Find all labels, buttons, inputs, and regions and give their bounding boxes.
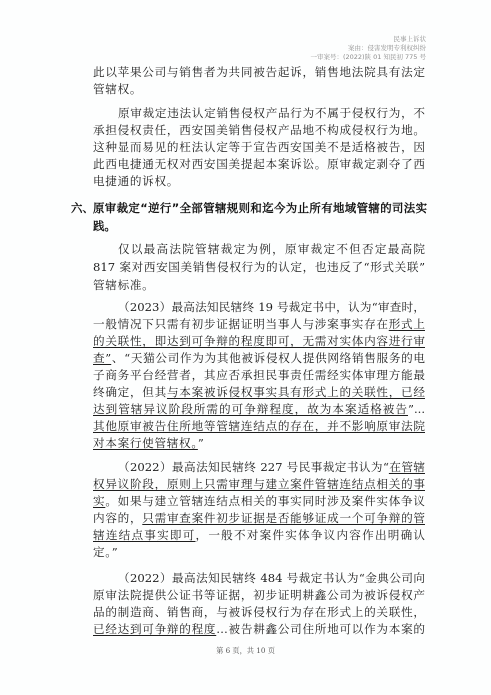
text-segment: ” [198, 436, 205, 450]
paragraph: 仅以最高法院管辖裁定为例，原审裁定不但否定最高院 817 案对西安国美销售侵权行… [93, 240, 425, 294]
underlined-quote: 在管辖 [389, 460, 425, 474]
text-line: 管辖标准。 [93, 276, 425, 294]
text-segment: 承担侵权责任，西安国美销售侵权产品地不构成侵权行为地。 [93, 123, 425, 137]
text-line: 这种显而易见的枉法认定等于宣告西安国美不是适格被告，因 [93, 139, 425, 156]
text-line: 定。” [93, 544, 425, 561]
text-line: 此以苹果公司与销售者为共同被告起诉，销售地法院具有法定 [93, 64, 425, 81]
text-segment: 原审裁定违法认定销售侵权产品行为不属于侵权行为，不 [118, 106, 425, 120]
text-segment: 817 案对西安国美销售侵权行为的认定，也违反了“形式关联” [93, 260, 425, 274]
section-heading: 六、 原审裁定“逆行”全部管辖规则和迄今为止所有地域管辖的司法实 践。 [71, 199, 427, 235]
text-segment: 管辖权。 [93, 82, 142, 96]
document-type: 民事上诉状 [310, 35, 426, 44]
page-indicator: 第 6 页，共 10 页 [0, 646, 491, 656]
text-line: 的关联性，即达到可争辩的程度即可，无需对实体内容进行审 [93, 333, 425, 350]
text-line: 内容的，只需审查案件初步证据是否能够证成一个可争辩的管 [93, 510, 425, 527]
text-segment: （2022）最高法知民辖终 484 号裁定书认为“金典公司向 [118, 571, 425, 585]
text-line: 仅以最高法院管辖裁定为例，原审裁定不但否定最高院 [118, 240, 425, 258]
underlined-quote: 与本案被诉侵权事实具有形式上的关联性，已经 [167, 385, 425, 399]
text-line: （2023）最高法知民辖终 19 号裁定书中，认为“审查时， [118, 299, 425, 316]
text-line: 其他原审被告住所地等管辖连结点的存在，并不影响原审法院 [93, 418, 425, 435]
text-segment: 一般情况下只需有初步证据证明当事人与涉案事实存在 [93, 317, 389, 331]
paragraph-continuation: 此以苹果公司与销售者为共同被告起诉，销售地法院具有法定 管辖权。 [93, 64, 425, 98]
underlined-quote: 辖连结点事实即可 [93, 528, 196, 542]
citation-paragraph: （2023）最高法知民辖终 19 号裁定书中，认为“审查时， 一般情况下只需有初… [93, 299, 425, 452]
text-segment: 管辖标准。 [93, 278, 154, 292]
text-line: 电捷通的诉权。 [93, 173, 425, 190]
underlined-quote: 实 [93, 494, 105, 508]
text-line: 权异议阶段，原则上只需审理与建立案件管辖连结点相关的事 [93, 476, 425, 493]
text-segment: 此西电捷通无权对西安国美提起本案诉讼。原审裁定剥夺了西 [93, 157, 425, 171]
text-segment: 终确定，但其 [93, 385, 167, 399]
text-line: 查”、“天猫公司作为为其他被诉侵权人提供网络销售服务的电 [93, 350, 425, 367]
text-segment: ，一般不对案件实体争议内容作出明确认 [196, 528, 425, 542]
text-line: 一般情况下只需有初步证据证明当事人与涉案事实存在形式上 [93, 316, 425, 333]
cause-of-action: 案由：侵害发明专利权纠纷 [310, 44, 426, 53]
heading-line: 原审裁定“逆行”全部管辖规则和迄今为止所有地域管辖的司法实 [93, 199, 427, 217]
text-line: 对本案行使管辖权。” [93, 435, 425, 452]
text-segment: 这种显而易见的枉法认定等于宣告西安国美不是适格被告，因 [93, 140, 425, 154]
text-line: 原审法院提供公证书等证据，初步证明耕鑫公司为被诉侵权产 [93, 587, 425, 604]
text-segment: 仅以最高法院管辖裁定为例，原审裁定不但否定最高院 [118, 242, 425, 256]
text-line: 子商务平台经营者，其应否承担民事责任需经实体审理方能最 [93, 367, 425, 384]
first-instance-case-number: 一审案号：(2022)陕 01 知民初 775 号 [310, 53, 426, 62]
underlined-quote: 查” [93, 351, 111, 365]
text-line: 品的制造商、销售商，与被诉侵权行为存在形式上的关联性， [93, 604, 425, 621]
underlined-quote: 的关联性，即达到可争辩的程度即可，无需对实体内容进行审 [93, 334, 425, 348]
underlined-quote: 对本案行使管辖权。 [93, 436, 198, 450]
text-line: （2022）最高法知民辖终 227 号民事裁定书认为“在管辖 [118, 459, 425, 476]
underlined-quote: 只需审查案件初步证据是否能够证成一个可争辩的管 [142, 511, 425, 525]
text-line: 辖连结点事实即可，一般不对案件实体争议内容作出明确认 [93, 527, 425, 544]
text-segment: ”... [408, 402, 425, 416]
text-line: 承担侵权责任，西安国美销售侵权产品地不构成侵权行为地。 [93, 122, 425, 139]
heading-line: 践。 [93, 217, 427, 235]
text-segment: …被告耕鑫公司住所地可以作为本案的 [216, 622, 425, 636]
text-segment: （2023）最高法知民辖终 19 号裁定书中，认为“审查时， [118, 300, 425, 314]
underlined-quote: 权异议阶段，原则上只需审理与建立案件管辖连结点相关的事 [93, 477, 425, 491]
text-line: 终确定，但其与本案被诉侵权事实具有形式上的关联性，已经 [93, 384, 425, 401]
text-segment: 子商务平台经营者，其应否承担民事责任需经实体审理方能最 [93, 368, 425, 382]
text-line: 管辖权。 [93, 81, 425, 98]
section-number: 六、 [71, 199, 93, 217]
underlined-quote: 达到管辖异议阶段所需的可争辩程度，故为本案适格被告 [93, 402, 408, 416]
citation-paragraph: （2022）最高法知民辖终 227 号民事裁定书认为“在管辖 权异议阶段，原则上… [93, 459, 425, 561]
underlined-quote: 形式上 [389, 317, 425, 331]
running-header: 民事上诉状 案由：侵害发明专利权纠纷 一审案号：(2022)陕 01 知民初 7… [310, 35, 426, 62]
text-segment: 原审法院提供公证书等证据，初步证明耕鑫公司为被诉侵权产 [93, 588, 425, 602]
text-line: 实。如果与建立管辖连结点相关的事实同时涉及案件实体争议 [93, 493, 425, 510]
citation-paragraph: （2022）最高法知民辖终 484 号裁定书认为“金典公司向 原审法院提供公证书… [93, 570, 425, 638]
text-line: 已经达到可争辩的程度…被告耕鑫公司住所地可以作为本案的 [93, 621, 425, 638]
underlined-quote: 其他原审被告住所地等管辖连结点的存在，并不影响原审法院 [93, 419, 425, 433]
text-segment: 内容的， [93, 511, 142, 525]
text-segment: 品的制造商、销售商，与被诉侵权行为存在形式上的关联性， [93, 605, 425, 619]
text-line: 817 案对西安国美销售侵权行为的认定，也违反了“形式关联” [93, 258, 425, 276]
text-segment: 、“天猫公司作为为其他被诉侵权人提供网络销售服务的电 [111, 351, 425, 365]
paragraph: 原审裁定违法认定销售侵权产品行为不属于侵权行为，不 承担侵权责任，西安国美销售侵… [93, 105, 425, 190]
text-segment: 。如果与建立管辖连结点相关的事实同时涉及案件实体争议 [105, 494, 425, 508]
text-segment: 定。” [93, 545, 118, 559]
text-line: 原审裁定违法认定销售侵权产品行为不属于侵权行为，不 [118, 105, 425, 122]
text-segment: （2022）最高法知民辖终 227 号民事裁定书认为“ [118, 460, 389, 474]
text-segment: 电捷通的诉权。 [93, 174, 179, 188]
text-line: 达到管辖异议阶段所需的可争辩程度，故为本案适格被告”... [93, 401, 425, 418]
text-segment: 此以苹果公司与销售者为共同被告起诉，销售地法院具有法定 [93, 65, 425, 79]
text-line: （2022）最高法知民辖终 484 号裁定书认为“金典公司向 [118, 570, 425, 587]
text-line: 此西电捷通无权对西安国美提起本案诉讼。原审裁定剥夺了西 [93, 156, 425, 173]
underlined-quote: 已经达到可争辩的程度 [93, 622, 216, 636]
